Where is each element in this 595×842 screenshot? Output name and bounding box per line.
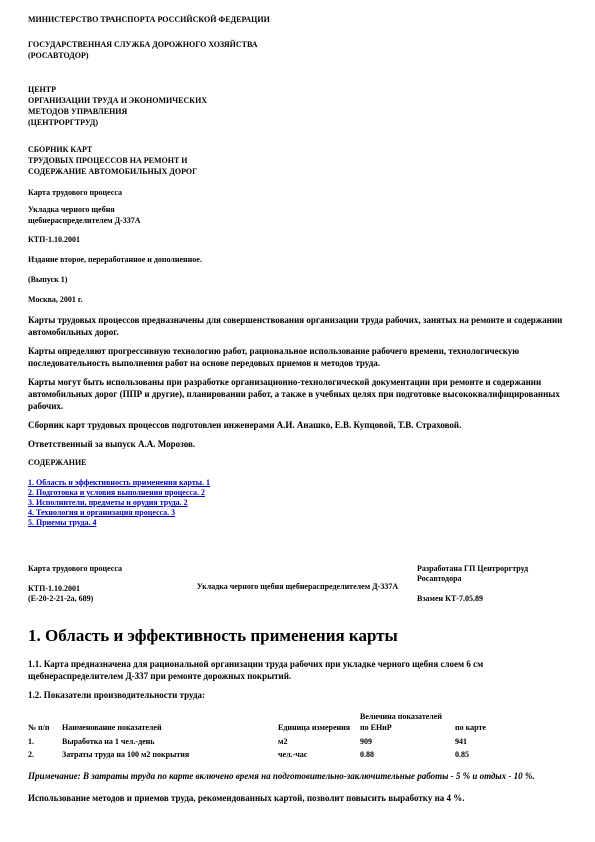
row-unit: чел.-час (278, 749, 360, 760)
section-1-heading: 1. Область и эффективность применения ка… (28, 626, 567, 646)
card-header-replaces: Взамен КТ-7.05.89 (417, 594, 567, 604)
card-header-block: Карта трудового процесса КТП-1.10.2001 (… (28, 564, 567, 610)
col-header-unit: Единица измерения (278, 722, 360, 733)
toc-link-4[interactable]: 4. Технология и организация процесса. 3 (28, 508, 567, 518)
row-enir-value: 0.88 (360, 749, 455, 760)
toc-link-1[interactable]: 1. Область и эффективность применения ка… (28, 478, 567, 488)
table-row: 1. Выработка на 1 чел.-день м2 909 941 (28, 736, 567, 747)
productivity-table-header: № п/п Наименование показателей Единица и… (28, 711, 567, 733)
service-title: ГОСУДАРСТВЕННАЯ СЛУЖБА ДОРОЖНОГО ХОЗЯЙСТ… (28, 39, 567, 61)
center-line-4: (ЦЕНТРОРГТРУД) (28, 117, 567, 128)
section-1-paragraph-1-2: 1.2. Показатели производительности труда… (28, 689, 567, 701)
center-title: ЦЕНТР ОРГАНИЗАЦИИ ТРУДА И ЭКОНОМИЧЕСКИХ … (28, 84, 567, 128)
productivity-table: № п/п Наименование показателей Единица и… (28, 711, 567, 760)
card-title: Укладка черного щебня щебнераспределител… (28, 204, 567, 226)
card-code: КТП-1.10.2001 (28, 234, 567, 245)
row-unit: м2 (278, 736, 360, 747)
toc-title: СОДЕРЖАНИЕ (28, 457, 567, 468)
edition-line: Издание второе, переработанное и дополне… (28, 254, 567, 265)
row-name: Затраты труда на 100 м2 покрытия (62, 749, 278, 760)
intro-paragraph-3: Карты могут быть использованы при разраб… (28, 376, 567, 412)
intro-paragraph-1: Карты трудовых процессов предназначены д… (28, 314, 567, 338)
section-1-paragraph-1-1: 1.1. Карта предназначена для рационально… (28, 658, 567, 682)
intro-paragraph-2: Карты определяют прогрессивную технологи… (28, 345, 567, 369)
collection-line-2: ТРУДОВЫХ ПРОЦЕССОВ НА РЕМОНТ И (28, 155, 567, 166)
toc-link-5[interactable]: 5. Приемы труда. 4 (28, 518, 567, 528)
row-enir-value: 909 (360, 736, 455, 747)
toc-link-2[interactable]: 2. Подготовка и условия выполнения проце… (28, 488, 567, 498)
col-header-value-group: Величина показателей по ЕНиР по карте (360, 711, 567, 733)
ministry-title: МИНИСТЕРСТВО ТРАНСПОРТА РОССИЙСКОЙ ФЕДЕР… (28, 14, 567, 25)
center-line-1: ЦЕНТР (28, 84, 567, 95)
place-year-line: Москва, 2001 г. (28, 294, 567, 305)
card-kind: Карта трудового процесса (28, 187, 567, 198)
issue-line: (Выпуск 1) (28, 274, 567, 285)
card-header-right: Разработана ГП Центроргтруд Росавтодора … (417, 564, 567, 604)
col-header-card: по карте (455, 722, 567, 733)
col-header-name: Наименование показателей (62, 722, 278, 733)
row-num: 2. (28, 749, 62, 760)
card-header-code: КТП-1.10.2001 (28, 584, 178, 594)
table-of-contents: 1. Область и эффективность применения ка… (28, 478, 567, 528)
table-note: Примечание: В затраты труда по карте вкл… (28, 770, 567, 782)
intro-paragraph-authors: Сборник карт трудовых процессов подготов… (28, 419, 567, 431)
card-title-line-1: Укладка черного щебня (28, 204, 567, 215)
intro-paragraph-responsible: Ответственный за выпуск А.А. Морозов. (28, 438, 567, 450)
service-line-2: (РОСАВТОДОР) (28, 50, 567, 61)
collection-line-3: СОДЕРЖАНИЕ АВТОМОБИЛЬНЫХ ДОРОГ (28, 166, 567, 177)
card-header-kind: Карта трудового процесса (28, 564, 178, 574)
card-title-line-2: щебнераспределителем Д-337А (28, 215, 567, 226)
card-header-ref: (Е-20-2-21-2а, 689) (28, 594, 178, 604)
card-header-left: Карта трудового процесса КТП-1.10.2001 (… (28, 564, 178, 604)
collection-line-1: СБОРНИК КАРТ (28, 144, 567, 155)
card-header-title: Укладка черного щебня щебнераспределител… (178, 564, 417, 610)
col-header-value-title: Величина показателей (360, 711, 567, 722)
row-card-value: 941 (455, 736, 567, 747)
table-row: 2. Затраты труда на 100 м2 покрытия чел.… (28, 749, 567, 760)
row-card-value: 0.85 (455, 749, 567, 760)
row-num: 1. (28, 736, 62, 747)
card-header-developer: Разработана ГП Центроргтруд Росавтодора (417, 564, 567, 584)
service-line-1: ГОСУДАРСТВЕННАЯ СЛУЖБА ДОРОЖНОГО ХОЗЯЙСТ… (28, 39, 567, 50)
collection-title: СБОРНИК КАРТ ТРУДОВЫХ ПРОЦЕССОВ НА РЕМОН… (28, 144, 567, 177)
center-line-3: МЕТОДОВ УПРАВЛЕНИЯ (28, 106, 567, 117)
col-header-value-sub: по ЕНиР по карте (360, 722, 567, 733)
closing-paragraph: Использование методов и приемов труда, р… (28, 792, 567, 804)
row-name: Выработка на 1 чел.-день (62, 736, 278, 747)
toc-link-3[interactable]: 3. Исполнители, предметы и орудия труда.… (28, 498, 567, 508)
col-header-enir: по ЕНиР (360, 722, 455, 733)
document-page: МИНИСТЕРСТВО ТРАНСПОРТА РОССИЙСКОЙ ФЕДЕР… (0, 0, 595, 804)
center-line-2: ОРГАНИЗАЦИИ ТРУДА И ЭКОНОМИЧЕСКИХ (28, 95, 567, 106)
col-header-num: № п/п (28, 722, 62, 733)
